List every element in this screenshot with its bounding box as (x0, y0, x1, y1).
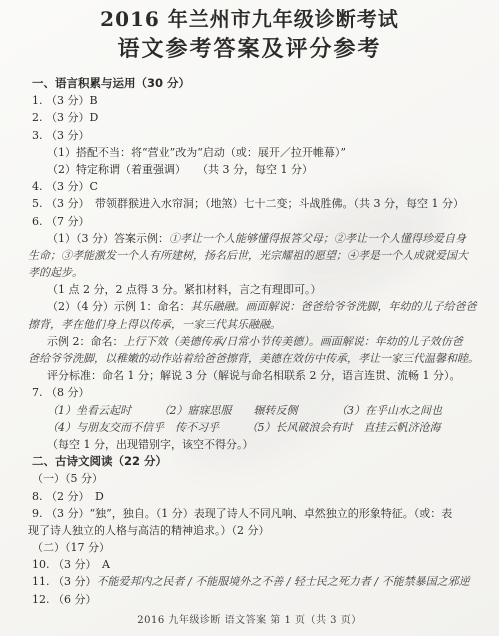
answer-q3-sub1: （1）搭配不当：将“营业”改为“启动（或：展开／拉开帷幕）” (28, 144, 479, 161)
scoring-note-text: （每空 1 分，出现错别字，该空不得分。） (47, 438, 254, 451)
answer-q7-line1: （1）坐看云起时 （2）寤寐思服 辗转反侧 （3）在乎山水之间也 (28, 402, 479, 419)
document-page: 2016 年兰州市九年级诊断考试 语文参考答案及评分参考 一、语言积累与运用（3… (0, 0, 499, 636)
answer-body: 一、语言积累与运用（30 分） 1. （3 分）B 2. （3 分）D 3. （… (0, 64, 499, 608)
answer-q8: 8. （2 分） D (28, 488, 479, 505)
answer-sample-text: ①孝让一个人能够懂得报答父母；②孝让一个人懂得珍爱自身 (169, 232, 466, 245)
answer-q7-scoring-note: （每空 1 分，出现错别字，该空不得分。） (28, 436, 479, 453)
answer-text: 现了诗人独立的人格与高洁的精神追求。）（2 分） (28, 524, 270, 537)
subsection-one-label: （一）（5 分） (28, 470, 479, 487)
answer-text: （1）搭配不当：将“营业”改为“启动（或：展开／拉开帷幕）” (47, 146, 346, 159)
answer-sample-text: 生命；③孝能激发一个人有所建树，扬名后世，光宗耀祖的愿望；④孝是一个人成就爱国大 (28, 249, 468, 262)
section-heading-text: 二、古诗文阅读（22 分） (32, 454, 167, 468)
scoring-note-text: 评分标准：命名 1 分；解说 3 分（解说与命名相联系 2 分，语言连贯、流畅 … (47, 369, 460, 382)
doc-title-line2: 语文参考答案及评分参考 (0, 35, 499, 64)
answer-sample-text: 不能爱邦内之民者 / 不能服境外之不善 / 轻士民之死力者 / 不能禁暴国之邪逆 (97, 575, 470, 588)
answer-sample-text: 擦背，孝在他们身上得以传承，一家三代其乐融融。 (28, 318, 281, 331)
answer-q6: 6. （7 分） (28, 213, 479, 230)
answer-text: 12. （6 分） (32, 593, 97, 606)
answer-q7: 7. （8 分） (28, 384, 479, 401)
answer-q10: 10. （3 分） A (28, 556, 479, 573)
answer-q7-line2: （4）与朋友交而不信乎 传不习乎 （5）长风破浪会有时 直挂云帆济沧海 (28, 419, 479, 436)
answer-q6-sub2-example2-line2: 爸给爷爷洗脚，以稚嫩的动作站着给爸爸擦背，美德在效仿中传承，孝让一家三代温馨和睦… (28, 350, 479, 367)
section-heading-language-use: 一、语言积累与运用（30 分） (28, 75, 479, 92)
answer-q3: 3. （3 分） (28, 127, 479, 144)
answer-q4: 4. （3 分）C (28, 178, 479, 195)
answer-text: 1. （3 分）B (32, 94, 98, 107)
answer-text: 6. （7 分） (32, 215, 90, 228)
subsection-two-label: （二）（17 分） (28, 539, 479, 556)
answer-text: 7. （8 分） (32, 386, 90, 399)
answer-q6-sub1-line2: 生命；③孝能激发一个人有所建树，扬名后世，光宗耀祖的愿望；④孝是一个人成就爱国大 (28, 247, 479, 264)
answer-q9-line2: 现了诗人独立的人格与高洁的精神追求。）（2 分） (28, 522, 479, 539)
answer-label: 11. （3 分） (32, 575, 97, 588)
answer-q6-sub2-example1-line1: （2）（4 分）示例 1：命名：其乐融融。画面解说：爸爸给爷爷洗脚，年幼的儿子给… (28, 298, 479, 315)
answer-sample-text: 上行下效（美德传承/日常小节传美德）。画面解说：年幼的儿子效仿爸 (124, 335, 463, 348)
answer-text: 5. （3 分） 带领群猴进入水帘洞；（地煞）七十二变；斗战胜佛。（共 3 分，… (32, 197, 464, 210)
answer-q2: 2. （3 分）D (28, 109, 479, 126)
answer-q5: 5. （3 分） 带领群猴进入水帘洞；（地煞）七十二变；斗战胜佛。（共 3 分，… (28, 195, 479, 212)
doc-title-line1: 2016 年兰州市九年级诊断考试 (0, 6, 499, 33)
page-footer: 2016 九年级诊断 语文答案 第 1 页（共 3 页） (0, 611, 499, 626)
section-heading-text: 一、语言积累与运用（30 分） (32, 76, 190, 90)
answer-q12: 12. （6 分） (28, 591, 479, 608)
answer-q11: 11. （3 分）不能爱邦内之民者 / 不能服境外之不善 / 轻士民之死力者 /… (28, 573, 479, 590)
answer-sample-text: 爸给爷爷洗脚，以稚嫩的动作站着给爸爸擦背，美德在效仿中传承，孝让一家三代温馨和睦… (28, 352, 479, 365)
answer-q1: 1. （3 分）B (28, 92, 479, 109)
answer-text: （2）特定称谓（着重强调） （共 3 分，每空 1 分） (47, 163, 313, 176)
answer-sample-text: 孝的起步。 (28, 266, 83, 279)
answer-text: 8. （2 分） D (32, 490, 104, 503)
subsection-text: （二）（17 分） (32, 541, 110, 554)
section-heading-classical-reading: 二、古诗文阅读（22 分） (28, 453, 479, 470)
answer-label: 示例 2：命名： (47, 335, 124, 348)
answer-sample-text: 其乐融融。画面解说：爸爸给爷爷洗脚，年幼的儿子给爸爸 (191, 300, 477, 313)
answer-q6-sub2-example2-line1: 示例 2：命名：上行下效（美德传承/日常小节传美德）。画面解说：年幼的儿子效仿爸 (28, 333, 479, 350)
answer-text: 2. （3 分）D (32, 111, 98, 124)
answer-label: （2）（4 分）示例 1：命名： (47, 300, 191, 313)
scoring-note-text: （1 点 2 分，2 点得 3 分。紧扣材料，言之有理即可。） (47, 283, 321, 296)
answer-q6-sub1-scoring-note: （1 点 2 分，2 点得 3 分。紧扣材料，言之有理即可。） (28, 281, 479, 298)
answer-q6-sub1-line3: 孝的起步。 (28, 264, 479, 281)
answer-sample-text: （1）坐看云起时 （2）寤寐思服 辗转反侧 （3）在乎山水之间也 (47, 404, 442, 417)
subsection-text: （一）（5 分） (32, 472, 103, 485)
answer-sample-text: （4）与朋友交而不信乎 传不习乎 （5）长风破浪会有时 直挂云帆济沧海 (47, 421, 441, 434)
title-block: 2016 年兰州市九年级诊断考试 语文参考答案及评分参考 (0, 0, 499, 64)
answer-label: （1）（3 分）答案示例： (47, 232, 169, 245)
answer-q9-line1: 9. （3 分）“独”，独自。（1 分）表现了诗人不同凡响、卓然独立的形象特征。… (28, 505, 479, 522)
answer-q6-sub2-example1-line2: 擦背，孝在他们身上得以传承，一家三代其乐融融。 (28, 316, 479, 333)
answer-text: 10. （3 分） A (32, 558, 110, 571)
answer-q6-scoring-standard: 评分标准：命名 1 分；解说 3 分（解说与命名相联系 2 分，语言连贯、流畅 … (28, 367, 479, 384)
answer-text: 4. （3 分）C (32, 180, 98, 193)
answer-q3-sub2: （2）特定称谓（着重强调） （共 3 分，每空 1 分） (28, 161, 479, 178)
answer-text: 3. （3 分） (32, 129, 90, 142)
answer-q6-sub1-line1: （1）（3 分）答案示例：①孝让一个人能够懂得报答父母；②孝让一个人懂得珍爱自身 (28, 230, 479, 247)
answer-text: 9. （3 分）“独”，独自。（1 分）表现了诗人不同凡响、卓然独立的形象特征。… (32, 507, 452, 520)
